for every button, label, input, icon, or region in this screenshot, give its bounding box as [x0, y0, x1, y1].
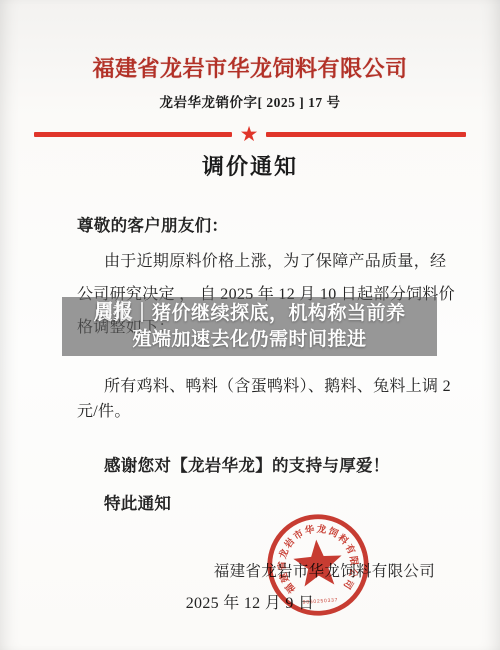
svg-text:限: 限 [347, 555, 360, 566]
red-divider: ★ [0, 124, 500, 144]
thanks-line: 感谢您对【龙岩华龙】的支持与厚爱！ [104, 452, 390, 476]
paragraph2-line1: 所有鸡料、鸭料（含蛋鸭料）、鹅料、兔料上调 2 [104, 373, 451, 396]
closing-line: 特此通知 [104, 490, 171, 514]
notice-title: 调价通知 [0, 150, 500, 181]
headline-prefix-garbled: 晨报 周报 [93, 301, 132, 327]
greeting-line: 尊敬的客户朋友们： [77, 212, 228, 236]
seal-serial-number: 9860250337 [303, 597, 339, 605]
seal-star-icon [292, 538, 343, 587]
star-icon: ★ [240, 124, 259, 144]
company-seal-stamp: 福建省龙岩市华龙饲料有限公司 9860250337 [261, 508, 374, 621]
svg-text:龙: 龙 [315, 523, 327, 536]
news-headline-overlay: 晨报 周报 ｜猪价继续探底，机构称当前养 殖端加速去化仍需时间推进 [62, 297, 437, 356]
headline-line1-text: ｜猪价继续探底，机构称当前养 [133, 303, 406, 324]
svg-text:华: 华 [303, 523, 316, 537]
headline-line1: 晨报 周报 ｜猪价继续探底，机构称当前养 [93, 301, 405, 327]
price-notice-document: 福建省龙岩市华龙饲料有限公司 龙岩华龙销价字[ 2025 ] 17 号 ★ 调价… [0, 0, 500, 650]
svg-text:司: 司 [341, 577, 356, 591]
svg-text:有: 有 [343, 542, 358, 556]
letterhead-company-name: 福建省龙岩市华龙饲料有限公司 [0, 52, 500, 83]
svg-text:省: 省 [276, 560, 288, 570]
paragraph2-line2: 元/件。 [77, 398, 131, 421]
signature-date: 2025 年 12 月 9 日 [0, 590, 500, 613]
headline-line2: 殖端加速去化仍需时间推进 [132, 327, 366, 353]
paragraph1-line1: 由于近期原料价格上涨，为了保障产品质量，经 [104, 248, 446, 271]
document-number: 龙岩华龙销价字[ 2025 ] 17 号 [0, 91, 500, 111]
divider-line-left [34, 132, 232, 137]
divider-line-right [266, 132, 466, 137]
headline-prefix-b: 周报 [94, 299, 133, 325]
svg-text:建: 建 [277, 571, 292, 585]
